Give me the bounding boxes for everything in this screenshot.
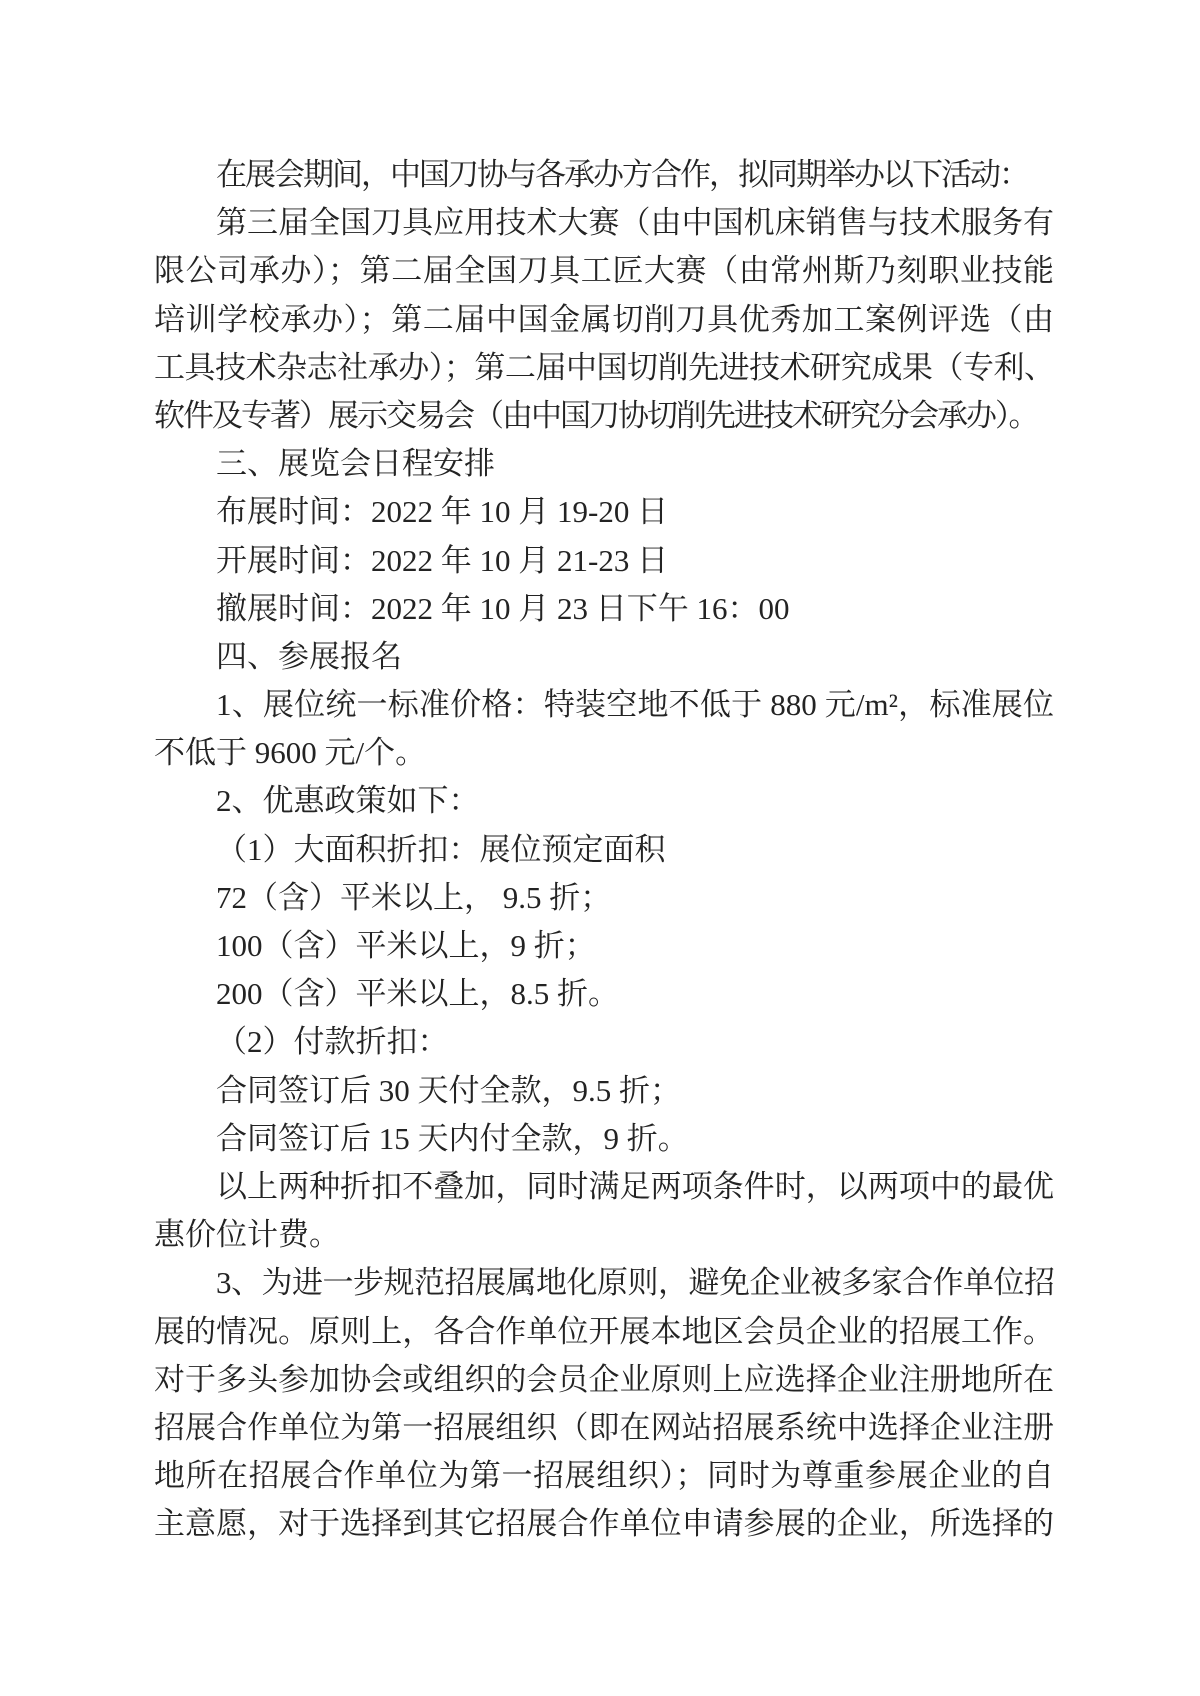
- text-line: 不低于 9600 元/个。: [154, 729, 1054, 777]
- text-line: 对于多头参加协会或组织的会员企业原则上应选择企业注册地所在: [154, 1356, 1054, 1404]
- text-line: 主意愿，对于选择到其它招展合作单位申请参展的企业，所选择的: [154, 1500, 1054, 1548]
- text-line: 布展时间：2022 年 10 月 19-20 日: [154, 488, 1054, 536]
- text-line: （2）付款折扣：: [154, 1018, 1054, 1066]
- text-line: 72（含）平米以上， 9.5 折；: [154, 874, 1054, 922]
- text-line: 招展合作单位为第一招展组织（即在网站招展系统中选择企业注册: [154, 1404, 1054, 1452]
- text-line: 合同签订后 30 天付全款，9.5 折；: [154, 1067, 1054, 1115]
- text-line: 在展会期间，中国刀协与各承办方合作，拟同期举办以下活动：: [154, 151, 1054, 199]
- text-line: 三、展览会日程安排: [154, 440, 1054, 488]
- text-line: 100（含）平米以上，9 折；: [154, 922, 1054, 970]
- document-body: 在展会期间，中国刀协与各承办方合作，拟同期举办以下活动：第三届全国刀具应用技术大…: [154, 151, 1054, 1548]
- text-line: 200（含）平米以上，8.5 折。: [154, 970, 1054, 1018]
- text-line: 撤展时间：2022 年 10 月 23 日下午 16：00: [154, 585, 1054, 633]
- text-line: 第三届全国刀具应用技术大赛（由中国机床销售与技术服务有: [154, 199, 1054, 247]
- text-line: 限公司承办）；第二届全国刀具工匠大赛（由常州斯乃刻职业技能: [154, 247, 1054, 295]
- text-line: 四、参展报名: [154, 633, 1054, 681]
- text-line: 培训学校承办）；第二届中国金属切削刀具优秀加工案例评选（由: [154, 296, 1054, 344]
- text-line: 3、为进一步规范招展属地化原则，避免企业被多家合作单位招: [154, 1259, 1054, 1307]
- document-page: 在展会期间，中国刀协与各承办方合作，拟同期举办以下活动：第三届全国刀具应用技术大…: [0, 0, 1200, 1696]
- text-line: 2、优惠政策如下：: [154, 777, 1054, 825]
- text-line: 软件及专著）展示交易会（由中国刀协切削先进技术研究分会承办）。: [154, 392, 1054, 440]
- text-line: 以上两种折扣不叠加，同时满足两项条件时，以两项中的最优: [154, 1163, 1054, 1211]
- text-line: 展的情况。原则上，各合作单位开展本地区会员企业的招展工作。: [154, 1308, 1054, 1356]
- text-line: 开展时间：2022 年 10 月 21-23 日: [154, 537, 1054, 585]
- text-line: 合同签订后 15 天内付全款，9 折。: [154, 1115, 1054, 1163]
- text-line: 工具技术杂志社承办）；第二届中国切削先进技术研究成果（专利、: [154, 344, 1054, 392]
- text-line: 惠价位计费。: [154, 1211, 1054, 1259]
- text-line: 1、展位统一标准价格：特装空地不低于 880 元/m²，标准展位: [154, 681, 1054, 729]
- text-line: （1）大面积折扣：展位预定面积: [154, 826, 1054, 874]
- text-line: 地所在招展合作单位为第一招展组织）；同时为尊重参展企业的自: [154, 1452, 1054, 1500]
